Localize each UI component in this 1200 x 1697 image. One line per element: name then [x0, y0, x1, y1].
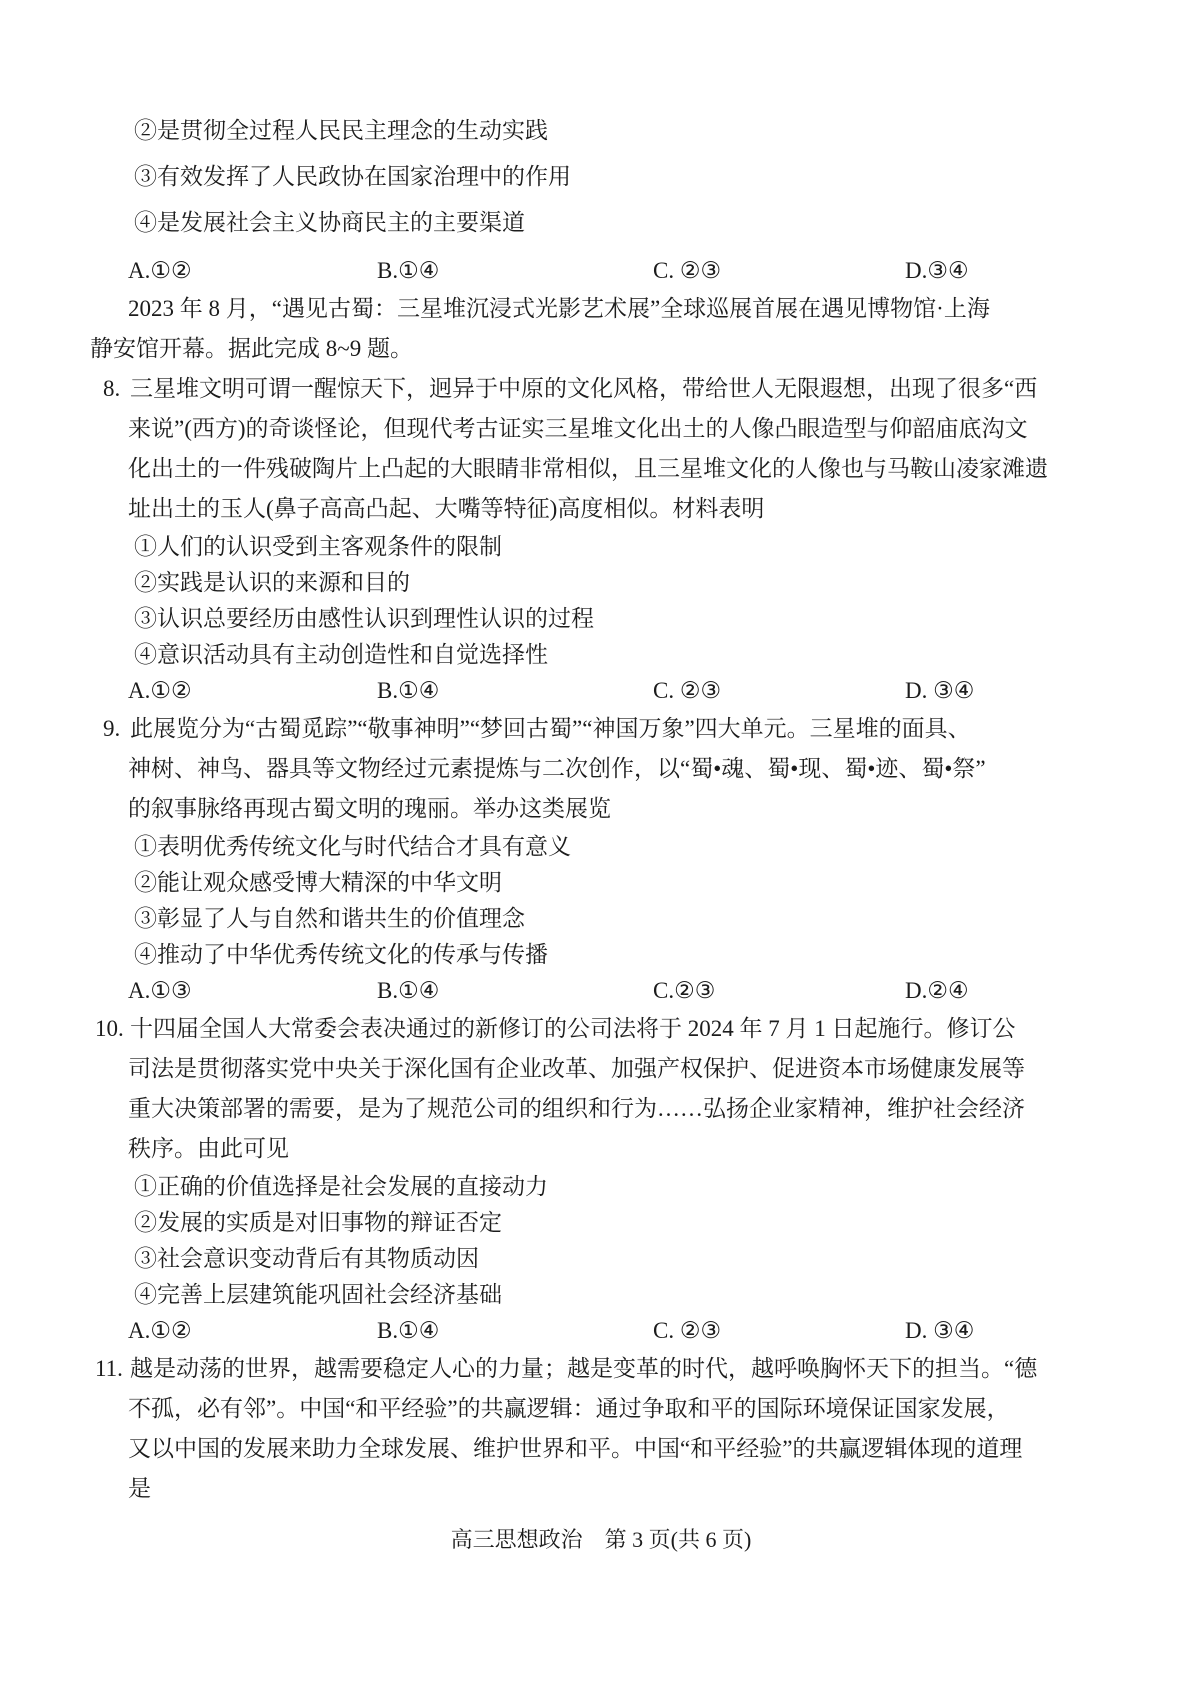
stem-text: 十四届全国人大常委会表决通过的新修订的公司法将于 2024 年 7 月 1 日起… — [130, 1009, 1016, 1049]
answer-choice-c: C. ②③ — [653, 1313, 721, 1349]
question-stem-line: 来说”(西方)的奇谈怪论，但现代考古证实三星堆文化出土的人像凸眼造型与仰韶庙底沟… — [90, 409, 1112, 449]
question-stem-line: 秩序。由此可见 — [90, 1129, 1112, 1169]
option-item: ④推动了中华优秀传统文化的传承与传播 — [90, 937, 1112, 973]
answer-choices-row: A.①② B.①④ C. ②③ D. ③④ — [90, 1313, 1112, 1349]
question-10: 10. 十四届全国人大常委会表决通过的新修订的公司法将于 2024 年 7 月 … — [90, 1009, 1112, 1349]
answer-choice-a: A.①③ — [128, 973, 192, 1009]
option-item: ③彰显了人与自然和谐共生的价值理念 — [90, 901, 1112, 937]
question-number: 9. — [90, 709, 130, 749]
option-item: ①人们的认识受到主客观条件的限制 — [90, 529, 1112, 565]
question-stem-line: 11. 越是动荡的世界，越需要稳定人心的力量；越是变革的时代，越呼唤胸怀天下的担… — [90, 1349, 1112, 1389]
option-item: ②实践是认识的来源和目的 — [90, 565, 1112, 601]
answer-choice-b: B.①④ — [377, 973, 439, 1009]
question-stem-line: 的叙事脉络再现古蜀文明的瑰丽。举办这类展览 — [90, 789, 1112, 829]
option-item: ②发展的实质是对旧事物的辩证否定 — [90, 1205, 1112, 1241]
paragraph-line: 静安馆开幕。据此完成 8~9 题。 — [90, 329, 1112, 369]
question-stem-line: 是 — [90, 1469, 1112, 1509]
question-stem-line: 又以中国的发展来助力全球发展、维护世界和平。中国“和平经验”的共赢逻辑体现的道理 — [90, 1429, 1112, 1469]
stem-text: 此展览分为“古蜀觅踪”“敬事神明”“梦回古蜀”“神国万象”四大单元。三星堆的面具… — [130, 709, 971, 749]
answer-choice-c: C.②③ — [653, 973, 715, 1009]
question-number: 11. — [90, 1349, 130, 1389]
option-item: ①表明优秀传统文化与时代结合才具有意义 — [90, 829, 1112, 865]
stem-text: 三星堆文明可谓一醒惊天下，迥异于中原的文化风格，带给世人无限遐想，出现了很多“西 — [130, 369, 1037, 409]
stem-text: 越是动荡的世界，越需要稳定人心的力量；越是变革的时代，越呼唤胸怀天下的担当。“德 — [130, 1349, 1037, 1389]
context-paragraph: 2023 年 8 月，“遇见古蜀：三星堆沉浸式光影艺术展”全球巡展首展在遇见博物… — [90, 289, 1112, 369]
option-item: ②是贯彻全过程人民民主理念的生动实践 — [90, 115, 1112, 147]
exam-paper-page: ②是贯彻全过程人民民主理念的生动实践 ③有效发挥了人民政协在国家治理中的作用 ④… — [0, 0, 1200, 1697]
question-11: 11. 越是动荡的世界，越需要稳定人心的力量；越是变革的时代，越呼唤胸怀天下的担… — [90, 1349, 1112, 1509]
option-item: ②能让观众感受博大精深的中华文明 — [90, 865, 1112, 901]
question-stem-line: 址出土的玉人(鼻子高高凸起、大嘴等特征)高度相似。材料表明 — [90, 489, 1112, 529]
answer-choice-a: A.①② — [128, 673, 192, 709]
answer-choices-row: A.①③ B.①④ C.②③ D.②④ — [90, 973, 1112, 1009]
paragraph-line: 2023 年 8 月，“遇见古蜀：三星堆沉浸式光影艺术展”全球巡展首展在遇见博物… — [90, 289, 1112, 329]
question-9: 9. 此展览分为“古蜀觅踪”“敬事神明”“梦回古蜀”“神国万象”四大单元。三星堆… — [90, 709, 1112, 1009]
answer-choices-row: A.①② B.①④ C. ②③ D.③④ — [90, 253, 1112, 289]
answer-choice-d: D.③④ — [905, 253, 969, 289]
page-footer: 高三思想政治 第 3 页(共 6 页) — [90, 1523, 1112, 1557]
question-7-options: ②是贯彻全过程人民民主理念的生动实践 ③有效发挥了人民政协在国家治理中的作用 ④… — [90, 115, 1112, 289]
question-stem-line: 神树、神鸟、器具等文物经过元素提炼与二次创作，以“蜀•魂、蜀•现、蜀•迹、蜀•祭… — [90, 749, 1112, 789]
answer-choice-d: D. ③④ — [905, 673, 974, 709]
answer-choice-d: D. ③④ — [905, 1313, 974, 1349]
question-stem-line: 不孤，必有邻”。中国“和平经验”的共赢逻辑：通过争取和平的国际环境保证国家发展， — [90, 1389, 1112, 1429]
question-number: 8. — [90, 369, 130, 409]
option-item: ①正确的价值选择是社会发展的直接动力 — [90, 1169, 1112, 1205]
question-8: 8. 三星堆文明可谓一醒惊天下，迥异于中原的文化风格，带给世人无限遐想，出现了很… — [90, 369, 1112, 709]
answer-choice-b: B.①④ — [377, 1313, 439, 1349]
answer-choice-a: A.①② — [128, 253, 192, 289]
answer-choice-c: C. ②③ — [653, 253, 721, 289]
option-item: ③认识总要经历由感性认识到理性认识的过程 — [90, 601, 1112, 637]
answer-choice-d: D.②④ — [905, 973, 969, 1009]
question-stem-line: 化出土的一件残破陶片上凸起的大眼睛非常相似，且三星堆文化的人像也与马鞍山凌家滩遗 — [90, 449, 1112, 489]
question-stem-line: 司法是贯彻落实党中央关于深化国有企业改革、加强产权保护、促进资本市场健康发展等 — [90, 1049, 1112, 1089]
answer-choice-b: B.①④ — [377, 673, 439, 709]
answer-choice-a: A.①② — [128, 1313, 192, 1349]
answer-choice-c: C. ②③ — [653, 673, 721, 709]
question-stem-line: 10. 十四届全国人大常委会表决通过的新修订的公司法将于 2024 年 7 月 … — [90, 1009, 1112, 1049]
answer-choice-b: B.①④ — [377, 253, 439, 289]
option-item: ③社会意识变动背后有其物质动因 — [90, 1241, 1112, 1277]
question-number: 10. — [90, 1009, 130, 1049]
option-item: ③有效发挥了人民政协在国家治理中的作用 — [90, 161, 1112, 193]
option-item: ④意识活动具有主动创造性和自觉选择性 — [90, 637, 1112, 673]
option-item: ④是发展社会主义协商民主的主要渠道 — [90, 207, 1112, 239]
question-stem-line: 8. 三星堆文明可谓一醒惊天下，迥异于中原的文化风格，带给世人无限遐想，出现了很… — [90, 369, 1112, 409]
question-stem-line: 重大决策部署的需要，是为了规范公司的组织和行为……弘扬企业家精神，维护社会经济 — [90, 1089, 1112, 1129]
answer-choices-row: A.①② B.①④ C. ②③ D. ③④ — [90, 673, 1112, 709]
question-stem-line: 9. 此展览分为“古蜀觅踪”“敬事神明”“梦回古蜀”“神国万象”四大单元。三星堆… — [90, 709, 1112, 749]
option-item: ④完善上层建筑能巩固社会经济基础 — [90, 1277, 1112, 1313]
